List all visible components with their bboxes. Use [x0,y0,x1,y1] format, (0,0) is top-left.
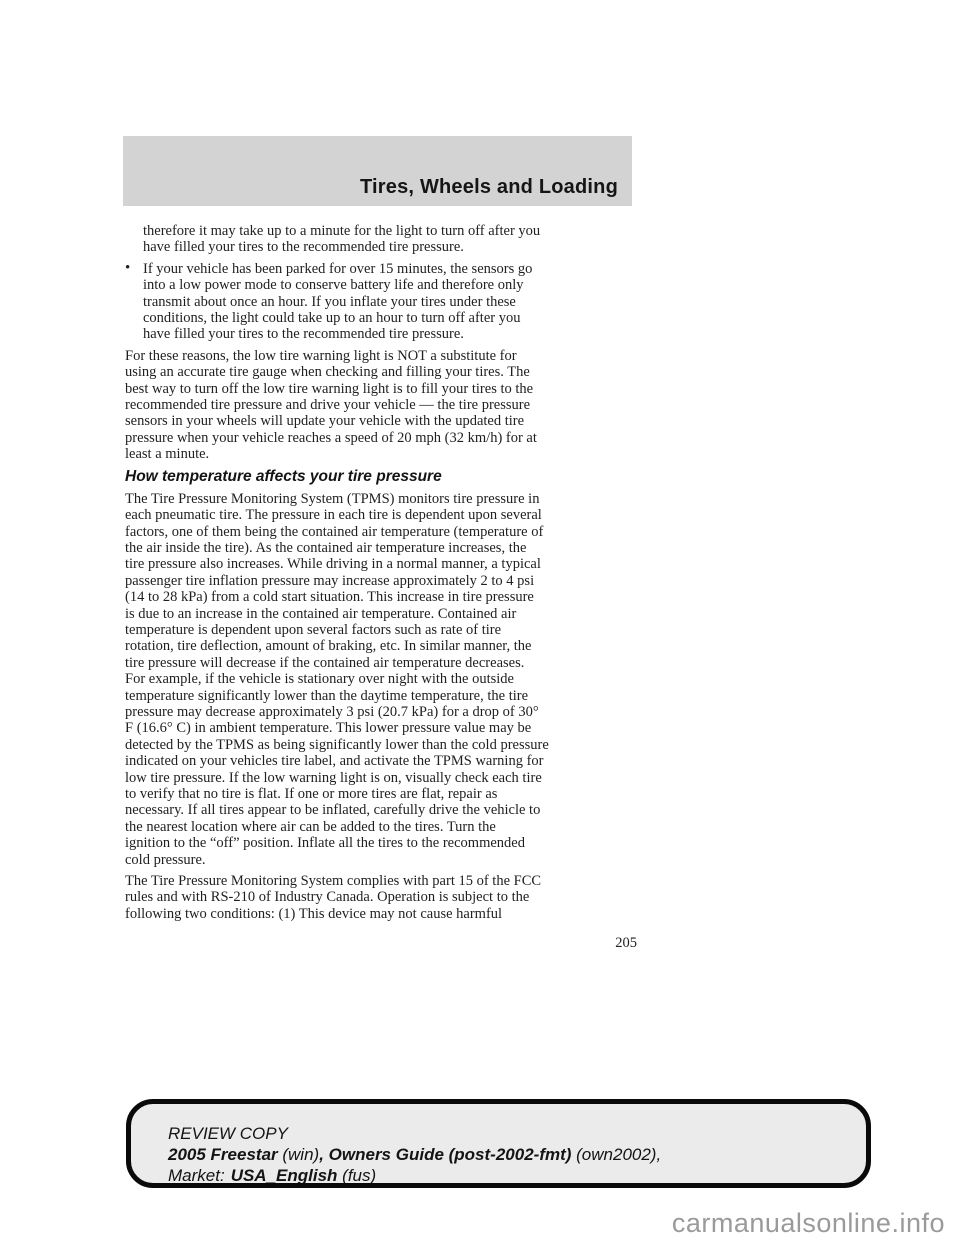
market-code-fus: (fus) [337,1166,376,1185]
bullet-item: • If your vehicle has been parked for ov… [125,261,637,343]
subsection-heading: How temperature affects your tire pressu… [125,468,637,486]
paragraph-temperature-effects: The Tire Pressure Monitoring System (TPM… [125,491,637,868]
manual-page: Tires, Wheels and Loading therefore it m… [0,0,960,1242]
market-value: USA_English [231,1166,338,1185]
page-body: therefore it may take up to a minute for… [125,223,637,952]
paragraph-fcc-compliance: The Tire Pressure Monitoring System comp… [125,873,637,922]
market-line: Market:USA_English (fus) [168,1165,856,1186]
doc-separator: , [319,1145,328,1164]
review-copy-label: REVIEW COPY [168,1123,856,1144]
doc-guide-title: Owners Guide (post-2002-fmt) [329,1145,572,1164]
document-info-line: 2005 Freestar (win), Owners Guide (post-… [168,1144,856,1165]
watermark: carmanualsonline.info [672,1208,945,1239]
page-number: 205 [125,935,637,951]
doc-model-year: 2005 Freestar [168,1145,278,1164]
section-title: Tires, Wheels and Loading [360,176,618,199]
bullet-icon: • [125,260,130,276]
doc-code-win: (win) [278,1145,320,1164]
paragraph-continuation: therefore it may take up to a minute for… [125,223,637,256]
review-copy-box: REVIEW COPY 2005 Freestar (win), Owners … [126,1099,871,1188]
section-header-bar: Tires, Wheels and Loading [123,136,632,206]
market-label: Market: [168,1166,225,1185]
doc-code-own: (own2002), [571,1145,661,1164]
bullet-item-text: If your vehicle has been parked for over… [143,261,637,343]
paragraph-low-tire-warning: For these reasons, the low tire warning … [125,348,637,463]
